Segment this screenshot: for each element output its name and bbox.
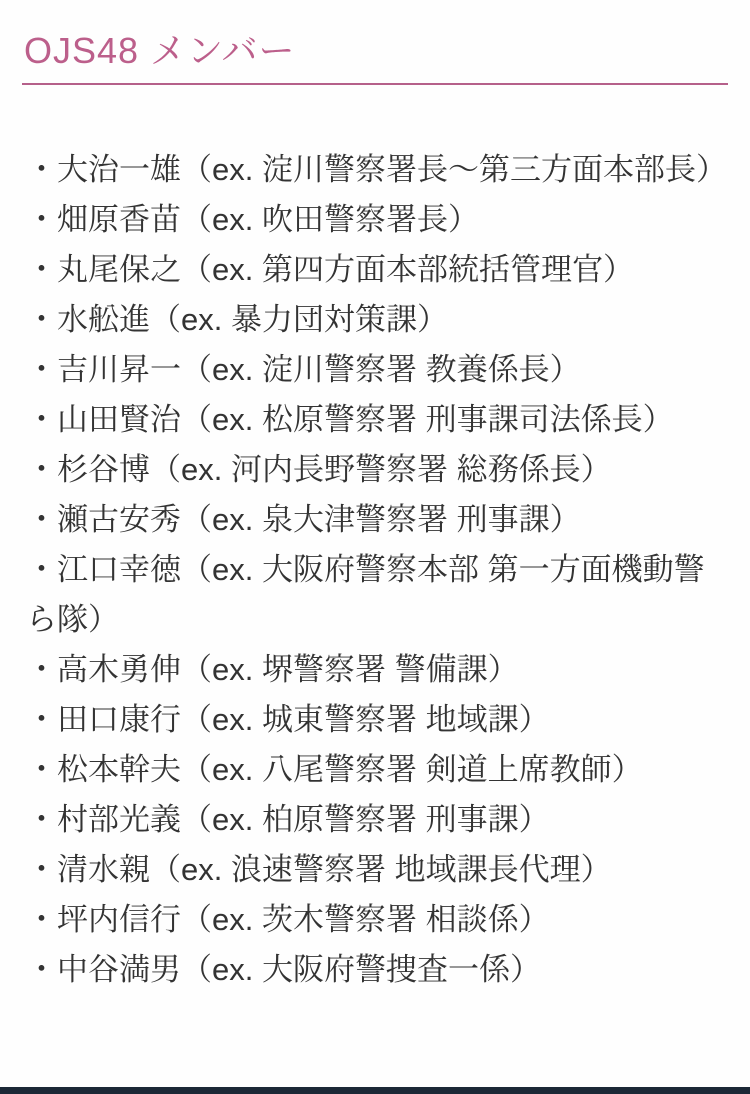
member-item: ・杉谷博（ex. 河内長野警察署 総務係長） [26, 445, 714, 495]
member-item: ・瀬古安秀（ex. 泉大津警察署 刑事課） [26, 495, 714, 545]
member-item: ・清水親（ex. 浪速警察署 地域課長代理） [26, 845, 714, 895]
member-item: ・丸尾保之（ex. 第四方面本部統括管理官） [26, 245, 714, 295]
member-list: ・大治一雄（ex. 淀川警察署長～第三方面本部長） ・畑原香苗（ex. 吹田警察… [26, 145, 714, 995]
member-item: ・畑原香苗（ex. 吹田警察署長） [26, 195, 714, 245]
member-item: ・高木勇伸（ex. 堺警察署 警備課） [26, 645, 714, 695]
member-item: ・大治一雄（ex. 淀川警察署長～第三方面本部長） [26, 145, 714, 195]
page-title: OJS48 メンバー [24, 28, 726, 75]
member-item: ・村部光義（ex. 柏原警察署 刑事課） [26, 795, 714, 845]
member-item: ・水舩進（ex. 暴力団対策課） [26, 295, 714, 345]
footer-bar [0, 1087, 750, 1094]
member-item: ・坪内信行（ex. 茨木警察署 相談係） [26, 895, 714, 945]
title-underline-rule [22, 83, 728, 85]
member-item: ・吉川昇一（ex. 淀川警察署 教養係長） [26, 345, 714, 395]
member-item: ・田口康行（ex. 城東警察署 地域課） [26, 695, 714, 745]
member-item: ・山田賢治（ex. 松原警察署 刑事課司法係長） [26, 395, 714, 445]
member-item: ・中谷満男（ex. 大阪府警捜査一係） [26, 945, 714, 995]
member-item: ・松本幹夫（ex. 八尾警察署 剣道上席教師） [26, 745, 714, 795]
member-item: ・江口幸徳（ex. 大阪府警察本部 第一方面機動警ら隊） [26, 545, 714, 645]
